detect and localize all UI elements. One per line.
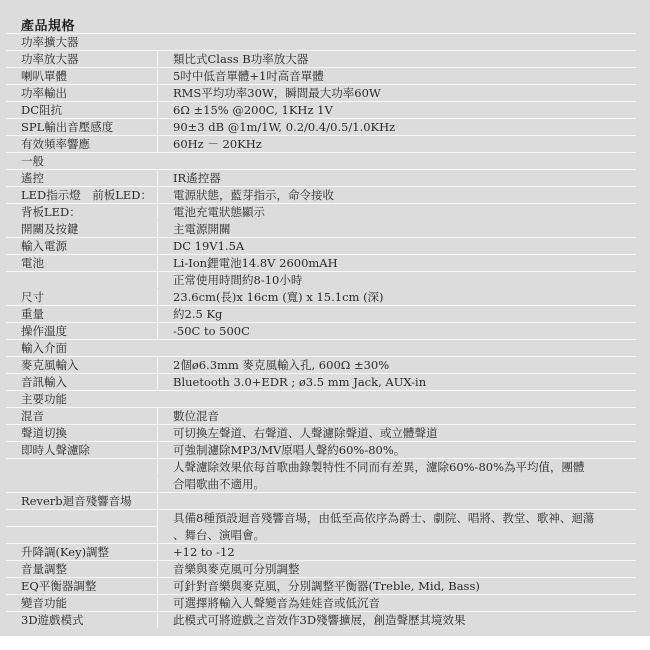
spec-label: 即時人聲濾除 — [6, 442, 158, 458]
spec-row: 具備8種預設迴音殘響音場，由低至高依序為爵士、劇院、唱將、教堂、歌神、迴蕩 — [6, 509, 636, 526]
spec-row: 混音數位混音 — [6, 407, 636, 424]
section-title: 主要功能 — [6, 391, 636, 407]
page-title: 產品規格 — [21, 15, 75, 34]
spec-label: 尺寸 — [6, 289, 158, 305]
spec-row: 麥克風輸入2個ø6.3mm 麥克風輸入孔, 600Ω ±30% — [6, 356, 636, 373]
spec-label: 音訊輸入 — [6, 374, 158, 390]
spec-label: 有效頻率響應 — [6, 136, 158, 152]
spec-label: 開關及按鍵 — [6, 221, 158, 237]
spec-row: Reverb迴音殘響音場 — [6, 492, 636, 509]
spec-row: SPL輸出音壓感度90±3 dB @1m/1W, 0.2/0.4/0.5/1.0… — [6, 118, 636, 135]
section-title: 輸入介面 — [6, 340, 636, 356]
section-header-row: 功率擴大器 — [6, 33, 636, 50]
spec-row: 電池Li-Ion鋰電池14.8V 2600mAH — [6, 254, 636, 271]
spec-value: IR遙控器 — [158, 170, 636, 186]
spec-row: 背板LED：電池充電狀態顯示 — [6, 203, 636, 220]
spec-label: 遙控 — [6, 170, 158, 186]
spec-row: EQ平衡器調整可針對音樂與麥克風，分別調整平衡器(Treble, Mid, Ba… — [6, 577, 636, 594]
spec-value: 2個ø6.3mm 麥克風輸入孔, 600Ω ±30% — [158, 357, 636, 373]
spec-row: 人聲濾除效果依每首歌曲錄製特性不同而有差異，濾除60%-80%為平均值，團體 — [6, 458, 636, 475]
spec-value — [158, 493, 636, 509]
spec-value: 可選擇將輸入人聲變音為娃娃音或低沉音 — [158, 595, 636, 611]
spec-row: DC阻抗6Ω ±15% @200C, 1KHz 1V — [6, 101, 636, 118]
spec-row: 正常使用時間約8-10小時 — [6, 271, 636, 288]
spec-value: 電源狀態，藍芽指示，命令接收 — [158, 187, 636, 203]
spec-value: 可針對音樂與麥克風，分別調整平衡器(Treble, Mid, Bass) — [158, 578, 636, 594]
spec-value: 約2.5 Kg — [158, 306, 636, 322]
spec-row: 尺寸23.6cm(長)x 16cm (寬) x 15.1cm (深) — [6, 288, 636, 305]
spec-value: 90±3 dB @1m/1W, 0.2/0.4/0.5/1.0KHz — [158, 119, 636, 135]
spec-label: 變音功能 — [6, 595, 158, 611]
spec-value: 主電源開關 — [158, 221, 636, 237]
spec-label: 升降調(Key)調整 — [6, 544, 158, 560]
spec-row: 音訊輸入Bluetooth 3.0+EDR ; ø3.5 mm Jack, AU… — [6, 373, 636, 390]
spec-label: 聲道切換 — [6, 425, 158, 441]
spec-row: 功率輸出RMS平均功率30W，瞬間最大功率60W — [6, 84, 636, 101]
spec-value: Bluetooth 3.0+EDR ; ø3.5 mm Jack, AUX-in — [158, 374, 636, 390]
spec-row: 有效頻率響應60Hz － 20KHz — [6, 135, 636, 152]
spec-label — [6, 476, 158, 492]
spec-row: 操作溫度-50C to 500C — [6, 322, 636, 339]
spec-row: 變音功能可選擇將輸入人聲變音為娃娃音或低沉音 — [6, 594, 636, 611]
spec-label: 音量調整 — [6, 561, 158, 577]
spec-label: 功率放大器 — [6, 51, 158, 67]
spec-row: 聲道切換可切換左聲道、右聲道、人聲濾除聲道、或立體聲道 — [6, 424, 636, 441]
section-header-row: 一般 — [6, 152, 636, 169]
spec-label: 重量 — [6, 306, 158, 322]
spec-label — [6, 272, 158, 288]
spec-value: Li-Ion鋰電池14.8V 2600mAH — [158, 255, 636, 271]
spec-row: 合唱歌曲不適用。 — [6, 475, 636, 492]
spec-row: 遙控IR遙控器 — [6, 169, 636, 186]
spec-row: 即時人聲濾除可強制濾除MP3/MV原唱人聲約60%-80%。 — [6, 441, 636, 458]
spec-value: -50C to 500C — [158, 323, 636, 339]
spec-value: 60Hz － 20KHz — [158, 136, 636, 152]
section-title: 一般 — [6, 153, 636, 169]
spec-label: Reverb迴音殘響音場 — [6, 493, 158, 509]
spec-value: 合唱歌曲不適用。 — [158, 476, 636, 492]
spec-label: 操作溫度 — [6, 323, 158, 339]
spec-label: LED指示燈 前板LED： — [6, 187, 158, 203]
spec-value: 電池充電狀態顯示 — [158, 204, 636, 220]
spec-label: EQ平衡器調整 — [6, 578, 158, 594]
spec-value: 23.6cm(長)x 16cm (寬) x 15.1cm (深) — [158, 289, 636, 305]
spec-row: 升降調(Key)調整+12 to -12 — [6, 543, 636, 560]
section-header-row: 主要功能 — [6, 390, 636, 407]
spec-row: 3D遊戲模式此模式可將遊戲之音效作3D殘響擴展，創造聲歷其境效果 — [6, 611, 636, 628]
spec-label: 背板LED： — [6, 204, 158, 220]
spec-value: 可強制濾除MP3/MV原唱人聲約60%-80%。 — [158, 442, 636, 458]
spec-value: +12 to -12 — [158, 544, 636, 560]
spec-label: 麥克風輸入 — [6, 357, 158, 373]
spec-value: 具備8種預設迴音殘響音場，由低至高依序為爵士、劇院、唱將、教堂、歌神、迴蕩 — [158, 510, 636, 526]
spec-label — [6, 459, 158, 475]
spec-label: 輸入電源 — [6, 238, 158, 254]
spec-value: 人聲濾除效果依每首歌曲錄製特性不同而有差異，濾除60%-80%為平均值，團體 — [158, 459, 636, 475]
spec-row: 重量約2.5 Kg — [6, 305, 636, 322]
spec-row: 音量調整音樂與麥克風可分別調整 — [6, 560, 636, 577]
spec-value: 、舞台、演唱會。 — [158, 527, 636, 543]
spec-row: 功率放大器類比式Class B功率放大器 — [6, 50, 636, 67]
spec-value: RMS平均功率30W，瞬間最大功率60W — [158, 85, 636, 101]
section-title: 功率擴大器 — [6, 34, 636, 50]
spec-label: SPL輸出音壓感度 — [6, 119, 158, 135]
spec-label: 喇叭單體 — [6, 68, 158, 84]
section-header-row: 輸入介面 — [6, 339, 636, 356]
spec-label — [6, 527, 158, 543]
spec-row: 輸入電源DC 19V1.5A — [6, 237, 636, 254]
spec-row: 喇叭單體5吋中低音單體+1吋高音單體 — [6, 67, 636, 84]
spec-row: 、舞台、演唱會。 — [6, 526, 636, 543]
spec-label: 3D遊戲模式 — [6, 612, 158, 628]
spec-label: 電池 — [6, 255, 158, 271]
spec-value: 數位混音 — [158, 408, 636, 424]
spec-label: DC阻抗 — [6, 102, 158, 118]
spec-value: 此模式可將遊戲之音效作3D殘響擴展，創造聲歷其境效果 — [158, 612, 636, 628]
spec-value: 5吋中低音單體+1吋高音單體 — [158, 68, 636, 84]
spec-value: DC 19V1.5A — [158, 238, 636, 254]
spec-panel: 產品規格 功率擴大器功率放大器類比式Class B功率放大器喇叭單體5吋中低音單… — [0, 0, 650, 636]
spec-value: 可切換左聲道、右聲道、人聲濾除聲道、或立體聲道 — [158, 425, 636, 441]
spec-label — [6, 510, 158, 526]
spec-value: 6Ω ±15% @200C, 1KHz 1V — [158, 102, 636, 118]
spec-table: 功率擴大器功率放大器類比式Class B功率放大器喇叭單體5吋中低音單體+1吋高… — [6, 33, 636, 628]
spec-value: 正常使用時間約8-10小時 — [158, 272, 636, 288]
spec-label: 混音 — [6, 408, 158, 424]
spec-row: 開關及按鍵主電源開關 — [6, 220, 636, 237]
spec-row: LED指示燈 前板LED：電源狀態，藍芽指示，命令接收 — [6, 186, 636, 203]
spec-label: 功率輸出 — [6, 85, 158, 101]
spec-value: 音樂與麥克風可分別調整 — [158, 561, 636, 577]
spec-value: 類比式Class B功率放大器 — [158, 51, 636, 67]
